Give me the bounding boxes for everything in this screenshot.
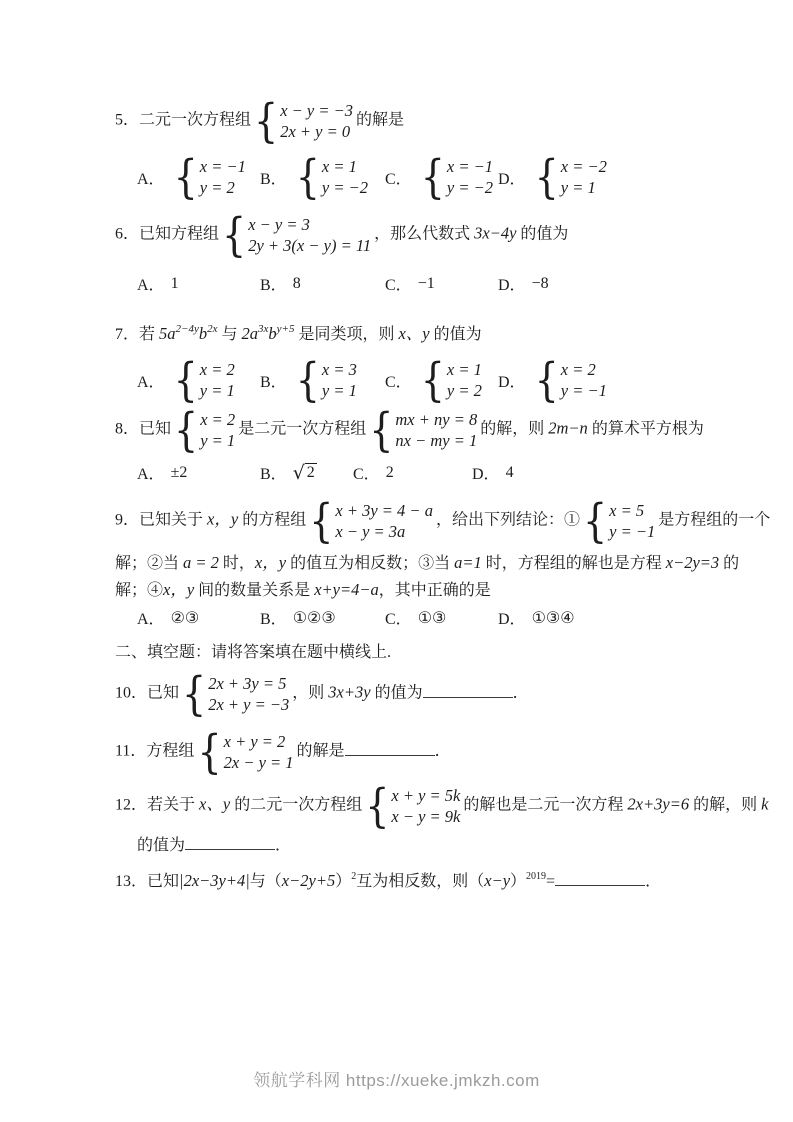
option-label: D． bbox=[498, 166, 526, 189]
brace-icon: { bbox=[254, 98, 278, 144]
question-text: 已知关于 bbox=[139, 512, 207, 529]
option-c: C．{x = 1y = 2 bbox=[385, 359, 498, 401]
option-value: −8 bbox=[532, 275, 549, 293]
question-text: ，那么代数式 bbox=[374, 226, 474, 243]
inline-math: 2x+3y=6 bbox=[627, 795, 689, 814]
question-text: 是二元一次方程组 bbox=[238, 421, 366, 438]
equation-line: x − y = 3 bbox=[248, 214, 371, 235]
brace-icon: { bbox=[222, 212, 246, 258]
radical-sign-icon: √ bbox=[293, 462, 305, 484]
inline-math: x+y=4−a bbox=[314, 580, 379, 599]
question-number: 10． bbox=[115, 685, 147, 702]
inline-math: 5a bbox=[159, 324, 176, 343]
option-label: A． bbox=[137, 461, 165, 484]
superscript-exponent: 2019 bbox=[526, 871, 546, 882]
option-label: D． bbox=[498, 606, 526, 629]
equation-system: {x = 2y = −1 bbox=[535, 359, 607, 401]
answer-blank bbox=[345, 741, 435, 756]
equation-line: x − y = 9k bbox=[391, 806, 460, 827]
equation-line: nx − my = 1 bbox=[395, 430, 477, 451]
equation-line: y = −1 bbox=[609, 521, 655, 542]
option-b: B．{x = 1y = −2 bbox=[260, 156, 385, 198]
equation-system: {x = −1y = −2 bbox=[421, 156, 493, 198]
question-text: 的解，则 bbox=[480, 421, 548, 438]
option-value: 4 bbox=[506, 464, 514, 482]
question-text: ，给出下列结论：① bbox=[436, 512, 580, 529]
question-text: 解；④ bbox=[115, 582, 163, 599]
superscript-exponent: 2−4y bbox=[176, 323, 199, 335]
question-text: ． bbox=[645, 873, 661, 890]
option-value: ①③ bbox=[418, 608, 447, 628]
inline-math: x，y bbox=[255, 553, 286, 572]
question-text: 时，方程组的解也是方程 bbox=[482, 555, 666, 572]
equation-line: y = 1 bbox=[200, 430, 235, 451]
superscript-exponent: 3x bbox=[258, 323, 268, 335]
inline-math: |2x−3y+4| bbox=[179, 871, 250, 890]
question-13: 13．已知|2x−3y+4|与（x−2y+5）2互为相反数，则（x−y）2019… bbox=[115, 865, 690, 894]
option-value: ②③ bbox=[171, 608, 200, 628]
question-text: 的算术平方根为 bbox=[588, 421, 704, 438]
question-text: 的值为 bbox=[516, 226, 568, 243]
question-text: 方程组 bbox=[146, 743, 194, 760]
inline-math: x，y bbox=[207, 510, 238, 529]
question-text: 若 bbox=[139, 326, 159, 343]
option-label: B． bbox=[260, 272, 287, 295]
answer-blank bbox=[555, 871, 645, 886]
equation-system: {x = −1y = 2 bbox=[174, 156, 246, 198]
equation-line: x = 2 bbox=[200, 359, 235, 380]
inline-math: k bbox=[761, 795, 768, 814]
equation-line: 2x − y = 1 bbox=[224, 752, 294, 773]
option-label: C． bbox=[385, 166, 412, 189]
equation-system: {x = 1y = −2 bbox=[296, 156, 368, 198]
question-number: 6． bbox=[115, 226, 139, 243]
inline-math: 3x+3y bbox=[328, 683, 370, 702]
option-c: C．−1 bbox=[385, 272, 498, 295]
superscript-exponent: 2x bbox=[207, 323, 217, 335]
section-2-header: 二、填空题：请将答案填在题中横线上. bbox=[115, 641, 690, 665]
brace-icon: { bbox=[421, 357, 445, 403]
equation-line: mx + ny = 8 bbox=[395, 409, 477, 430]
option-label: C． bbox=[385, 272, 412, 295]
question-10-stem: 10．已知{2x + 3y = 52x + y = −3，则 3x+3y 的值为… bbox=[115, 673, 690, 715]
equation-system: {x = −2y = 1 bbox=[535, 156, 607, 198]
question-number: 7． bbox=[115, 326, 139, 343]
inline-math: b bbox=[199, 324, 207, 343]
question-9: 9．已知关于 x，y 的方程组{x + 3y = 4 − ax − y = 3a… bbox=[115, 500, 690, 629]
question-7: 7．若 5a2−4yb2x 与 2a3xby+5 是同类项，则 x、y 的值为 … bbox=[115, 317, 690, 401]
question-text: 若关于 bbox=[147, 797, 199, 814]
option-c: C．①③ bbox=[385, 606, 498, 629]
brace-icon: { bbox=[535, 154, 559, 200]
equation-line: x = −1 bbox=[447, 156, 493, 177]
option-value: 2 bbox=[386, 464, 394, 482]
options-row: A．②③ B．①②③ C．①③ D．①③④ bbox=[115, 606, 690, 629]
question-text: 二元一次方程组 bbox=[139, 112, 251, 129]
question-12: 12．若关于 x、y 的二元一次方程组{x + y = 5kx − y = 9k… bbox=[115, 785, 690, 859]
equation-line: x = 1 bbox=[322, 156, 368, 177]
option-value: ①③④ bbox=[532, 608, 575, 628]
question-text: ） bbox=[510, 873, 526, 890]
equation-system: {x = 2y = 1 bbox=[174, 409, 235, 451]
question-5: 5．二元一次方程组{x − y = −32x + y = 0的解是 A．{x =… bbox=[115, 100, 690, 198]
equation-system: {x + y = 22x − y = 1 bbox=[197, 731, 293, 773]
equation-line: y = 2 bbox=[447, 380, 482, 401]
question-text: 的解，则 bbox=[689, 797, 761, 814]
question-number: 13． bbox=[115, 873, 147, 890]
equation-system: {x + 3y = 4 − ax − y = 3a bbox=[309, 500, 433, 542]
brace-icon: { bbox=[369, 407, 393, 453]
question-12-stem: 12．若关于 x、y 的二元一次方程组{x + y = 5kx − y = 9k… bbox=[115, 785, 690, 827]
question-text: 的解是 bbox=[297, 743, 345, 760]
question-text: 是同类项，则 bbox=[294, 326, 398, 343]
inline-math: x−2y=3 bbox=[666, 553, 719, 572]
question-text: 的值为 bbox=[430, 326, 482, 343]
option-value: 2 bbox=[305, 463, 317, 482]
equation-line: y = 1 bbox=[322, 380, 357, 401]
option-d: D．{x = −2y = 1 bbox=[498, 156, 610, 198]
question-11-stem: 11．方程组{x + y = 22x − y = 1的解是． bbox=[115, 731, 690, 773]
option-label: B． bbox=[260, 461, 287, 484]
option-b: B．8 bbox=[260, 272, 385, 295]
equation-line: x = −2 bbox=[561, 156, 607, 177]
option-label: A． bbox=[137, 166, 165, 189]
question-text: ． bbox=[513, 685, 529, 702]
question-text: 的值为 bbox=[137, 837, 185, 854]
option-value: 8 bbox=[293, 275, 301, 293]
question-text: 与 bbox=[217, 326, 241, 343]
question-text: 的方程组 bbox=[238, 512, 306, 529]
worksheet-content: 5．二元一次方程组{x − y = −32x + y = 0的解是 A．{x =… bbox=[115, 100, 690, 894]
question-8: 8．已知{x = 2y = 1是二元一次方程组{mx + ny = 8nx − … bbox=[115, 409, 690, 484]
equation-system: {x = 1y = 2 bbox=[421, 359, 482, 401]
options-row: A．±2 B．√2 C．2 D．4 bbox=[115, 461, 690, 484]
question-text: 互为相反数，则（ bbox=[356, 873, 484, 890]
equation-line: x + y = 5k bbox=[391, 785, 460, 806]
option-label: B． bbox=[260, 369, 287, 392]
question-text: ． bbox=[435, 743, 451, 760]
question-text: ，其中正确的是 bbox=[379, 582, 491, 599]
brace-icon: { bbox=[296, 357, 320, 403]
equation-line: x + 3y = 4 − a bbox=[335, 500, 433, 521]
option-value: ±2 bbox=[171, 464, 188, 482]
option-c: C．{x = −1y = −2 bbox=[385, 156, 498, 198]
question-text: 是方程组的一个 bbox=[658, 512, 770, 529]
inline-math: 3x−4y bbox=[474, 224, 516, 243]
option-c: C．2 bbox=[353, 461, 472, 484]
equation-system: {mx + ny = 8nx − my = 1 bbox=[369, 409, 477, 451]
question-13-stem: 13．已知|2x−3y+4|与（x−2y+5）2互为相反数，则（x−y）2019… bbox=[115, 865, 690, 894]
brace-icon: { bbox=[583, 498, 607, 544]
question-text: 已知方程组 bbox=[139, 226, 219, 243]
question-number: 11． bbox=[115, 743, 146, 760]
question-9-line3: 解；④x，y 间的数量关系是 x+y=4−a，其中正确的是 bbox=[115, 577, 690, 604]
option-d: D．①③④ bbox=[498, 606, 575, 629]
inline-math: x，y bbox=[163, 580, 194, 599]
brace-icon: { bbox=[309, 498, 333, 544]
footer-watermark: 领航学科网 https://xueke.jmkzh.com bbox=[0, 1066, 793, 1091]
question-text: 已知 bbox=[147, 873, 179, 890]
answer-blank bbox=[423, 683, 513, 698]
question-text: ） bbox=[335, 873, 351, 890]
brace-icon: { bbox=[174, 357, 198, 403]
option-label: B． bbox=[260, 166, 287, 189]
inline-math: x、y bbox=[199, 795, 230, 814]
option-a: A．{x = −1y = 2 bbox=[137, 156, 260, 198]
equation-line: y = −1 bbox=[561, 380, 607, 401]
option-a: A．±2 bbox=[137, 461, 260, 484]
question-12-line2: 的值为． bbox=[115, 833, 690, 859]
question-text: 的解也是二元一次方程 bbox=[463, 797, 627, 814]
option-label: D． bbox=[472, 461, 500, 484]
question-text: 的二元一次方程组 bbox=[230, 797, 362, 814]
question-text: 时， bbox=[219, 555, 255, 572]
question-6: 6．已知方程组{x − y = 32y + 3(x − y) = 11，那么代数… bbox=[115, 214, 690, 295]
option-label: A． bbox=[137, 606, 165, 629]
question-text: 已知 bbox=[147, 685, 179, 702]
inline-math: x−2y+5 bbox=[282, 871, 335, 890]
option-label: D． bbox=[498, 369, 526, 392]
equation-line: x = 3 bbox=[322, 359, 357, 380]
question-text: 解；②当 bbox=[115, 555, 183, 572]
equation-line: 2x + y = 0 bbox=[280, 121, 353, 142]
equation-system: {x − y = −32x + y = 0 bbox=[254, 100, 353, 142]
question-text: 的值为 bbox=[371, 685, 423, 702]
brace-icon: { bbox=[365, 783, 389, 829]
question-text: ，则 bbox=[292, 685, 328, 702]
superscript-exponent: y+5 bbox=[277, 323, 295, 335]
question-number: 12． bbox=[115, 797, 147, 814]
option-label: D． bbox=[498, 272, 526, 295]
inline-math: a=1 bbox=[454, 553, 482, 572]
question-8-stem: 8．已知{x = 2y = 1是二元一次方程组{mx + ny = 8nx − … bbox=[115, 409, 690, 451]
option-d: D．4 bbox=[472, 461, 514, 484]
equation-line: x = 1 bbox=[447, 359, 482, 380]
option-label: A． bbox=[137, 272, 165, 295]
question-5-stem: 5．二元一次方程组{x − y = −32x + y = 0的解是 bbox=[115, 100, 690, 142]
question-text: 的解是 bbox=[356, 112, 404, 129]
brace-icon: { bbox=[174, 154, 198, 200]
equation-line: x = 5 bbox=[609, 500, 655, 521]
option-value: ①②③ bbox=[293, 608, 336, 628]
equation-line: 2y + 3(x − y) = 11 bbox=[248, 235, 371, 256]
inline-math: 2a bbox=[242, 324, 259, 343]
document-page: { "symbols": { "brace": "{", "radical": … bbox=[0, 0, 793, 1122]
question-text: ． bbox=[275, 837, 291, 854]
option-b: B．√2 bbox=[260, 461, 353, 484]
equation-line: x − y = 3a bbox=[335, 521, 433, 542]
inline-math: x−y bbox=[484, 871, 510, 890]
brace-icon: { bbox=[174, 407, 198, 453]
brace-icon: { bbox=[197, 729, 221, 775]
option-label: C． bbox=[353, 461, 380, 484]
question-7-stem: 7．若 5a2−4yb2x 与 2a3xby+5 是同类项，则 x、y 的值为 bbox=[115, 317, 690, 347]
option-a: A．1 bbox=[137, 272, 260, 295]
brace-icon: { bbox=[182, 671, 206, 717]
option-b: B．{x = 3y = 1 bbox=[260, 359, 385, 401]
equation-line: 2x + 3y = 5 bbox=[208, 673, 289, 694]
option-a: A．②③ bbox=[137, 606, 260, 629]
option-label: B． bbox=[260, 606, 287, 629]
question-text: = bbox=[546, 873, 555, 890]
equation-line: x = 2 bbox=[200, 409, 235, 430]
option-b: B．①②③ bbox=[260, 606, 385, 629]
brace-icon: { bbox=[421, 154, 445, 200]
equation-system: {x − y = 32y + 3(x − y) = 11 bbox=[222, 214, 371, 256]
question-text: 的值互为相反数；③当 bbox=[286, 555, 454, 572]
brace-icon: { bbox=[296, 154, 320, 200]
equation-line: y = 2 bbox=[200, 177, 246, 198]
equation-line: y = 1 bbox=[561, 177, 607, 198]
equation-system: {x = 5y = −1 bbox=[583, 500, 655, 542]
inline-math: b bbox=[268, 324, 276, 343]
question-9-line2: 解；②当 a = 2 时，x，y 的值互为相反数；③当 a=1 时，方程组的解也… bbox=[115, 550, 690, 577]
question-text: 间的数量关系是 bbox=[194, 582, 314, 599]
option-value: 1 bbox=[171, 275, 179, 293]
inline-math: a = 2 bbox=[183, 553, 219, 572]
equation-line: 2x + y = −3 bbox=[208, 694, 289, 715]
inline-math: x、y bbox=[398, 324, 429, 343]
equation-line: x = 2 bbox=[561, 359, 607, 380]
question-text: 与（ bbox=[250, 873, 282, 890]
equation-line: y = 1 bbox=[200, 380, 235, 401]
option-value: −1 bbox=[418, 275, 435, 293]
equation-line: y = −2 bbox=[447, 177, 493, 198]
option-a: A．{x = 2y = 1 bbox=[137, 359, 260, 401]
question-10: 10．已知{2x + 3y = 52x + y = −3，则 3x+3y 的值为… bbox=[115, 673, 690, 715]
equation-line: x + y = 2 bbox=[224, 731, 294, 752]
question-number: 9． bbox=[115, 512, 139, 529]
option-label: C． bbox=[385, 606, 412, 629]
options-row: A．{x = 2y = 1 B．{x = 3y = 1 C．{x = 1y = … bbox=[115, 359, 690, 401]
question-11: 11．方程组{x + y = 22x − y = 1的解是． bbox=[115, 731, 690, 773]
question-6-stem: 6．已知方程组{x − y = 32y + 3(x − y) = 11，那么代数… bbox=[115, 214, 690, 256]
options-row: A．{x = −1y = 2 B．{x = 1y = −2 C．{x = −1y… bbox=[115, 156, 690, 198]
option-d: D．−8 bbox=[498, 272, 549, 295]
answer-blank bbox=[185, 835, 275, 850]
question-number: 8． bbox=[115, 421, 139, 438]
options-row: A．1 B．8 C．−1 D．−8 bbox=[115, 272, 690, 295]
brace-icon: { bbox=[535, 357, 559, 403]
inline-math: 2m−n bbox=[548, 419, 588, 438]
option-label: C． bbox=[385, 369, 412, 392]
question-text: 已知 bbox=[139, 421, 171, 438]
equation-system: {2x + 3y = 52x + y = −3 bbox=[182, 673, 289, 715]
equation-line: x − y = −3 bbox=[280, 100, 353, 121]
option-label: A． bbox=[137, 369, 165, 392]
equation-system: {x = 3y = 1 bbox=[296, 359, 357, 401]
question-number: 5． bbox=[115, 112, 139, 129]
equation-line: x = −1 bbox=[200, 156, 246, 177]
option-d: D．{x = 2y = −1 bbox=[498, 359, 610, 401]
question-9-stem: 9．已知关于 x，y 的方程组{x + 3y = 4 − ax − y = 3a… bbox=[115, 500, 690, 542]
equation-system: {x = 2y = 1 bbox=[174, 359, 235, 401]
question-text: 的 bbox=[719, 555, 739, 572]
equation-system: {x + y = 5kx − y = 9k bbox=[365, 785, 460, 827]
equation-line: y = −2 bbox=[322, 177, 368, 198]
